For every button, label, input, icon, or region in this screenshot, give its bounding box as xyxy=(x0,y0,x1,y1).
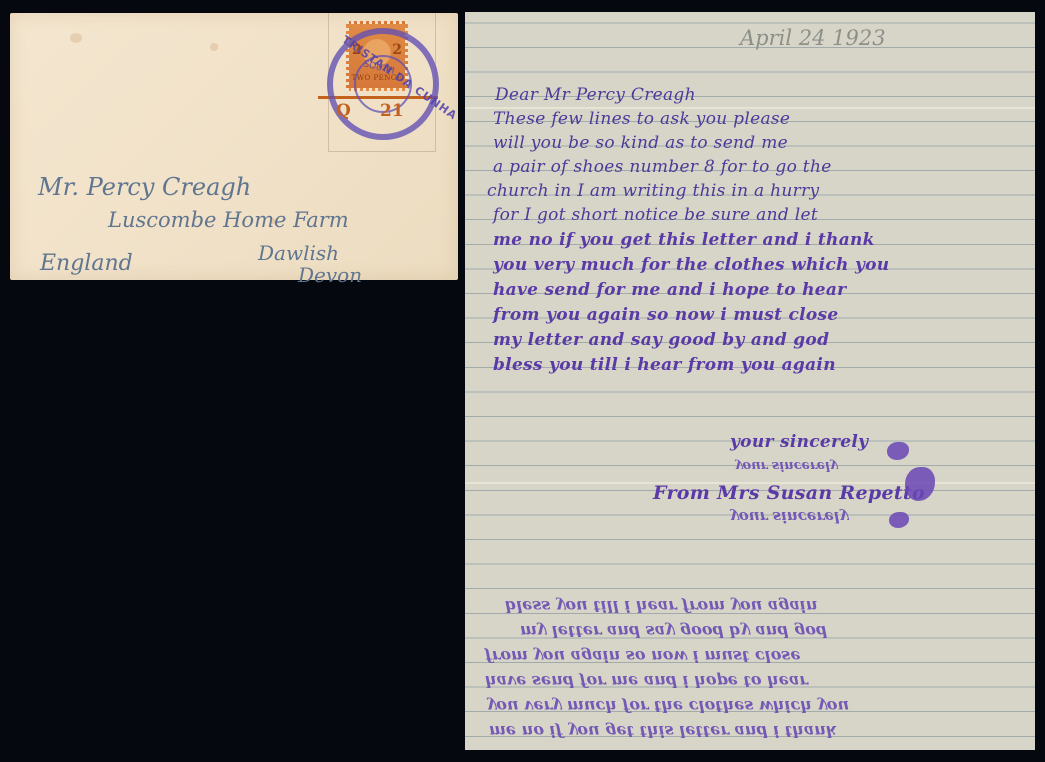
letter-line: you very much for the clothes which you xyxy=(493,255,889,275)
letter-date: April 24 1923 xyxy=(740,26,886,50)
mirror-offset-line: my letter and say good by and god xyxy=(520,622,827,641)
signature-mirror-offset: your sincerely xyxy=(735,458,838,473)
address-line-country: England xyxy=(40,251,133,276)
envelope: 2 2 TWO PENCE TRISTAN DA CUNHA SOUTH Q 2… xyxy=(10,13,458,280)
letter-line: will you be so kind as to send me xyxy=(493,133,788,153)
mirror-offset-line: have send for me and i hope to hear xyxy=(485,672,808,691)
ink-blot xyxy=(889,512,909,528)
ink-blot xyxy=(905,467,935,501)
letter-line: church in I am writing this in a hurry xyxy=(487,181,819,201)
letter-line: for I got short notice be sure and let xyxy=(493,205,818,225)
letter-line: These few lines to ask you please xyxy=(493,109,790,129)
letter-line: Dear Mr Percy Creagh xyxy=(495,85,696,105)
address-line-county: Devon xyxy=(298,263,362,287)
ink-blot xyxy=(887,442,909,460)
plate-letter: Q xyxy=(336,101,351,121)
letter-line: have send for me and i hope to hear xyxy=(493,280,846,300)
mirror-offset-line: me no if you get this letter and i thank xyxy=(489,722,837,741)
mirror-offset-line: from you again so now i must close xyxy=(485,647,801,666)
foxing-spot xyxy=(70,33,82,43)
plate-number: 21 xyxy=(380,101,404,121)
foxing-spot xyxy=(210,43,218,51)
address-line-farm: Luscombe Home Farm xyxy=(108,208,349,232)
letter-line: my letter and say good by and god xyxy=(493,330,829,350)
letter-line: bless you till i hear from you again xyxy=(493,355,836,375)
mirror-offset-line: you very much for the clothes which you xyxy=(487,697,849,716)
letter-line: a pair of shoes number 8 for to go the xyxy=(493,157,832,177)
letter-line: from you again so now i must close xyxy=(493,305,839,325)
letter-closing: your sincerely xyxy=(730,432,868,452)
address-line-town: Dawlish xyxy=(258,241,339,265)
letter-page: April 24 1923 Dear Mr Percy Creagh These… xyxy=(465,12,1035,750)
letter-signature: From Mrs Susan Repetto xyxy=(653,482,925,504)
signature-mirror-offset: your sincerely xyxy=(730,508,848,526)
mirror-offset-line: bless you till i hear from you again xyxy=(505,597,818,616)
address-line-name: Mr. Percy Creagh xyxy=(38,173,251,201)
letter-line: me no if you get this letter and i thank xyxy=(493,230,875,250)
